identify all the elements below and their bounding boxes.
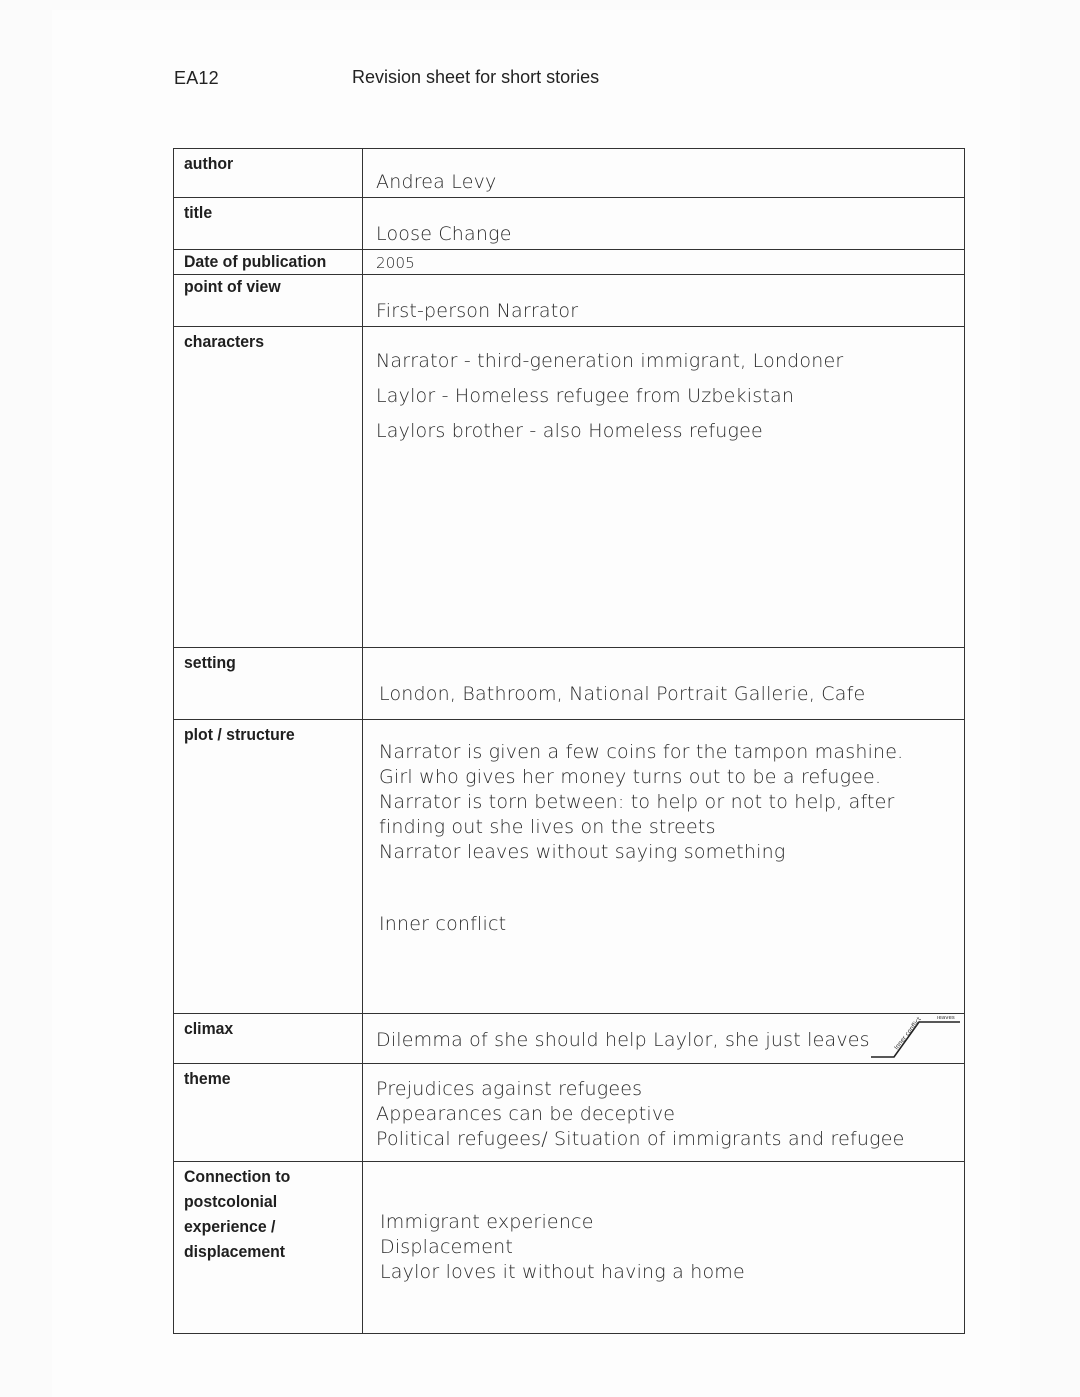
- column-divider: [362, 720, 363, 1013]
- plot-line: Narrator is given a few coins for the ta…: [379, 740, 903, 765]
- diagram-plateau-label: leaves: [937, 1016, 955, 1021]
- column-divider: [362, 1014, 363, 1063]
- column-divider: [362, 198, 363, 249]
- character-line: Laylor - Homeless refugee from Uzbekista…: [376, 384, 843, 409]
- value-author: Andrea Levy: [376, 170, 497, 195]
- value-plot: Narrator is given a few coins for the ta…: [379, 740, 903, 865]
- connection-line: Laylor loves it without having a home: [380, 1260, 745, 1285]
- course-code: EA12: [174, 68, 219, 89]
- label-author: author: [184, 152, 233, 176]
- value-theme: Prejudices against refugees Appearances …: [376, 1077, 905, 1152]
- row-author: author Andrea Levy: [174, 149, 964, 197]
- connection-line: Displacement: [380, 1235, 745, 1260]
- diagram-rising-label: Inner conflict: [893, 1016, 923, 1051]
- value-date: 2005: [376, 251, 415, 276]
- revision-table: author Andrea Levy title Loose Change Da…: [173, 148, 965, 1334]
- value-setting: London, Bathroom, National Portrait Gall…: [379, 682, 865, 707]
- character-line: Laylors brother - also Homeless refugee: [376, 419, 843, 444]
- label-pov: point of view: [184, 275, 281, 299]
- row-climax: climax Dilemma of she should help Laylor…: [174, 1013, 964, 1063]
- value-climax: Dilemma of she should help Laylor, she j…: [376, 1028, 870, 1053]
- theme-line: Political refugees/ Situation of immigra…: [376, 1127, 905, 1152]
- value-pov: First-person Narrator: [376, 299, 578, 324]
- label-theme: theme: [184, 1067, 231, 1091]
- label-plot: plot / structure: [184, 723, 295, 747]
- row-pov: point of view First-person Narrator: [174, 274, 964, 326]
- label-title: title: [184, 201, 212, 225]
- column-divider: [362, 1064, 363, 1161]
- row-plot: plot / structure Narrator is given a few…: [174, 719, 964, 1013]
- plot-line: Narrator leaves without saying something: [379, 840, 903, 865]
- row-connection: Connection to postcolonial experience / …: [174, 1161, 964, 1333]
- value-characters: Narrator - third-generation immigrant, L…: [376, 349, 843, 454]
- column-divider: [362, 275, 363, 326]
- column-divider: [362, 327, 363, 647]
- plot-line: finding out she lives on the streets: [379, 815, 903, 840]
- label-climax: climax: [184, 1017, 233, 1041]
- label-characters: characters: [184, 330, 264, 354]
- theme-line: Prejudices against refugees: [376, 1077, 905, 1102]
- row-setting: setting London, Bathroom, National Portr…: [174, 647, 964, 719]
- theme-line: Appearances can be deceptive: [376, 1102, 905, 1127]
- plot-line: Girl who gives her money turns out to be…: [379, 765, 903, 790]
- value-connection: Immigrant experience Displacement Laylor…: [380, 1210, 745, 1285]
- character-line: Narrator - third-generation immigrant, L…: [376, 349, 843, 374]
- label-setting: setting: [184, 651, 236, 675]
- sheet-title: Revision sheet for short stories: [352, 67, 599, 88]
- column-divider: [362, 149, 363, 197]
- column-divider: [362, 250, 363, 274]
- connection-line: Immigrant experience: [380, 1210, 745, 1235]
- column-divider: [362, 1162, 363, 1333]
- value-title: Loose Change: [376, 222, 512, 247]
- plot-curve-diagram: Inner conflict leaves: [867, 1016, 962, 1062]
- plot-line: Narrator is torn between: to help or not…: [379, 790, 903, 815]
- label-date: Date of publication: [184, 250, 326, 274]
- label-connection: Connection to postcolonial experience / …: [184, 1164, 290, 1264]
- row-theme: theme Prejudices against refugees Appear…: [174, 1063, 964, 1161]
- column-divider: [362, 648, 363, 719]
- row-title: title Loose Change: [174, 197, 964, 249]
- plot-note: Inner conflict: [379, 912, 506, 937]
- row-characters: characters Narrator - third-generation i…: [174, 326, 964, 647]
- row-date: Date of publication 2005: [174, 249, 964, 274]
